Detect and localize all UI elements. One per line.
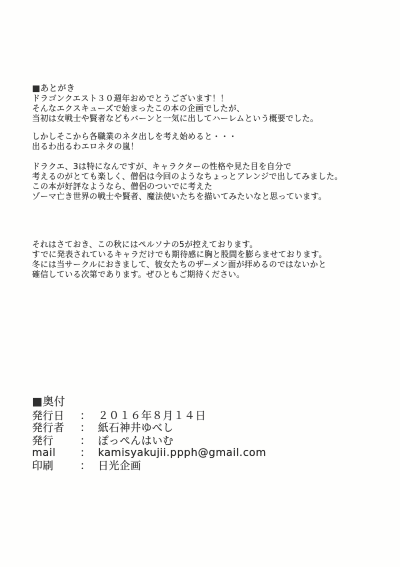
colophon-section: ■奥付 発行日 ： ２０１６年８月１４日 発行者 ： 紙石神井ゆべし 発行 ： … bbox=[32, 396, 266, 473]
text-line: それはさておき、この秋にはペルソナの5が控えております。 bbox=[32, 240, 382, 250]
colophon-row-printer: 印刷 ： 日光企画 bbox=[32, 460, 266, 473]
colophon-value: ２０１６年８月１４日 bbox=[98, 410, 206, 423]
colophon-email-address: kamisyakujii.ppph@gmail.com bbox=[98, 447, 266, 460]
colophon-value: 日光企画 bbox=[98, 460, 141, 473]
colophon-separator: ： bbox=[80, 435, 98, 448]
colophon-label: 印刷 bbox=[32, 460, 80, 473]
text-line: 冬には当サークルにおきまして、彼女たちのザーメン面が拝めるのではないかと bbox=[32, 260, 382, 270]
afterword-section: ■あとがき ドラゴンクエスト３０週年おめでとうございます！！ そんなエクスキュー… bbox=[32, 84, 382, 280]
text-line: ドラクエ、3は特になんですが、キャラクターの性格や見た目を自分で bbox=[32, 162, 382, 172]
afterword-paragraph: それはさておき、この秋にはペルソナの5が控えております。 すでに発表されているキ… bbox=[32, 240, 382, 280]
text-line: しかしそこから各職業のネタ出しを考え始めると・・・ bbox=[32, 132, 382, 142]
colophon-value: 紙石神井ゆべし bbox=[98, 422, 174, 435]
colophon-label: 発行 bbox=[32, 435, 80, 448]
colophon-row-publisher-person: 発行者 ： 紙石神井ゆべし bbox=[32, 422, 266, 435]
colophon-row-mail: mail ： kamisyakujii.ppph@gmail.com bbox=[32, 447, 266, 460]
colophon-separator: ： bbox=[80, 422, 98, 435]
colophon-row-publication-date: 発行日 ： ２０１６年８月１４日 bbox=[32, 410, 266, 423]
colophon-separator: ： bbox=[80, 460, 98, 473]
afterword-paragraph: ドラゴンクエスト３０週年おめでとうございます！！ そんなエクスキューズで始まった… bbox=[32, 94, 382, 124]
colophon-row-circle: 発行 ： ぽっぺんはいむ bbox=[32, 435, 266, 448]
text-line: 考えるのがとても楽しく、僧侶は今回のようなちょっとアレンジで出してみました。 bbox=[32, 172, 382, 182]
afterword-paragraph: しかしそこから各職業のネタ出しを考え始めると・・・ 出るわ出るわエロネタの嵐！ bbox=[32, 132, 382, 152]
text-line: そんなエクスキューズで始まったこの本の企画でしたが、 bbox=[32, 104, 382, 114]
text-line: 当初は女戦士や賢者などもバーンと一気に出してハーレムという概要でした。 bbox=[32, 114, 382, 124]
colophon-separator: ： bbox=[80, 447, 98, 460]
text-line: 出るわ出るわエロネタの嵐！ bbox=[32, 142, 382, 152]
afterword-paragraph: ドラクエ、3は特になんですが、キャラクターの性格や見た目を自分で 考えるのがとて… bbox=[32, 162, 382, 202]
text-line: すでに発表されているキャラだけでも期待感に胸と股間を膨らませております。 bbox=[32, 250, 382, 260]
text-line: 確信している次第であります。ぜひともご期待ください。 bbox=[32, 270, 382, 280]
text-line: この本が好評なようなら、僧侶のついでに考えた bbox=[32, 182, 382, 192]
colophon-label: 発行日 bbox=[32, 410, 80, 423]
afterword-heading: ■あとがき bbox=[32, 84, 382, 94]
colophon-label: 発行者 bbox=[32, 422, 80, 435]
colophon-label: mail bbox=[32, 447, 80, 460]
colophon-heading: ■奥付 bbox=[32, 396, 266, 409]
text-line: ゾーマ亡き世界の戦士や賢者、魔法使いたちを描いてみたいなと思っています。 bbox=[32, 192, 382, 202]
scanned-document-page: ■あとがき ドラゴンクエスト３０週年おめでとうございます！！ そんなエクスキュー… bbox=[0, 0, 400, 567]
colophon-value: ぽっぺんはいむ bbox=[98, 435, 174, 448]
text-line: ドラゴンクエスト３０週年おめでとうございます！！ bbox=[32, 94, 382, 104]
colophon-separator: ： bbox=[80, 410, 98, 423]
